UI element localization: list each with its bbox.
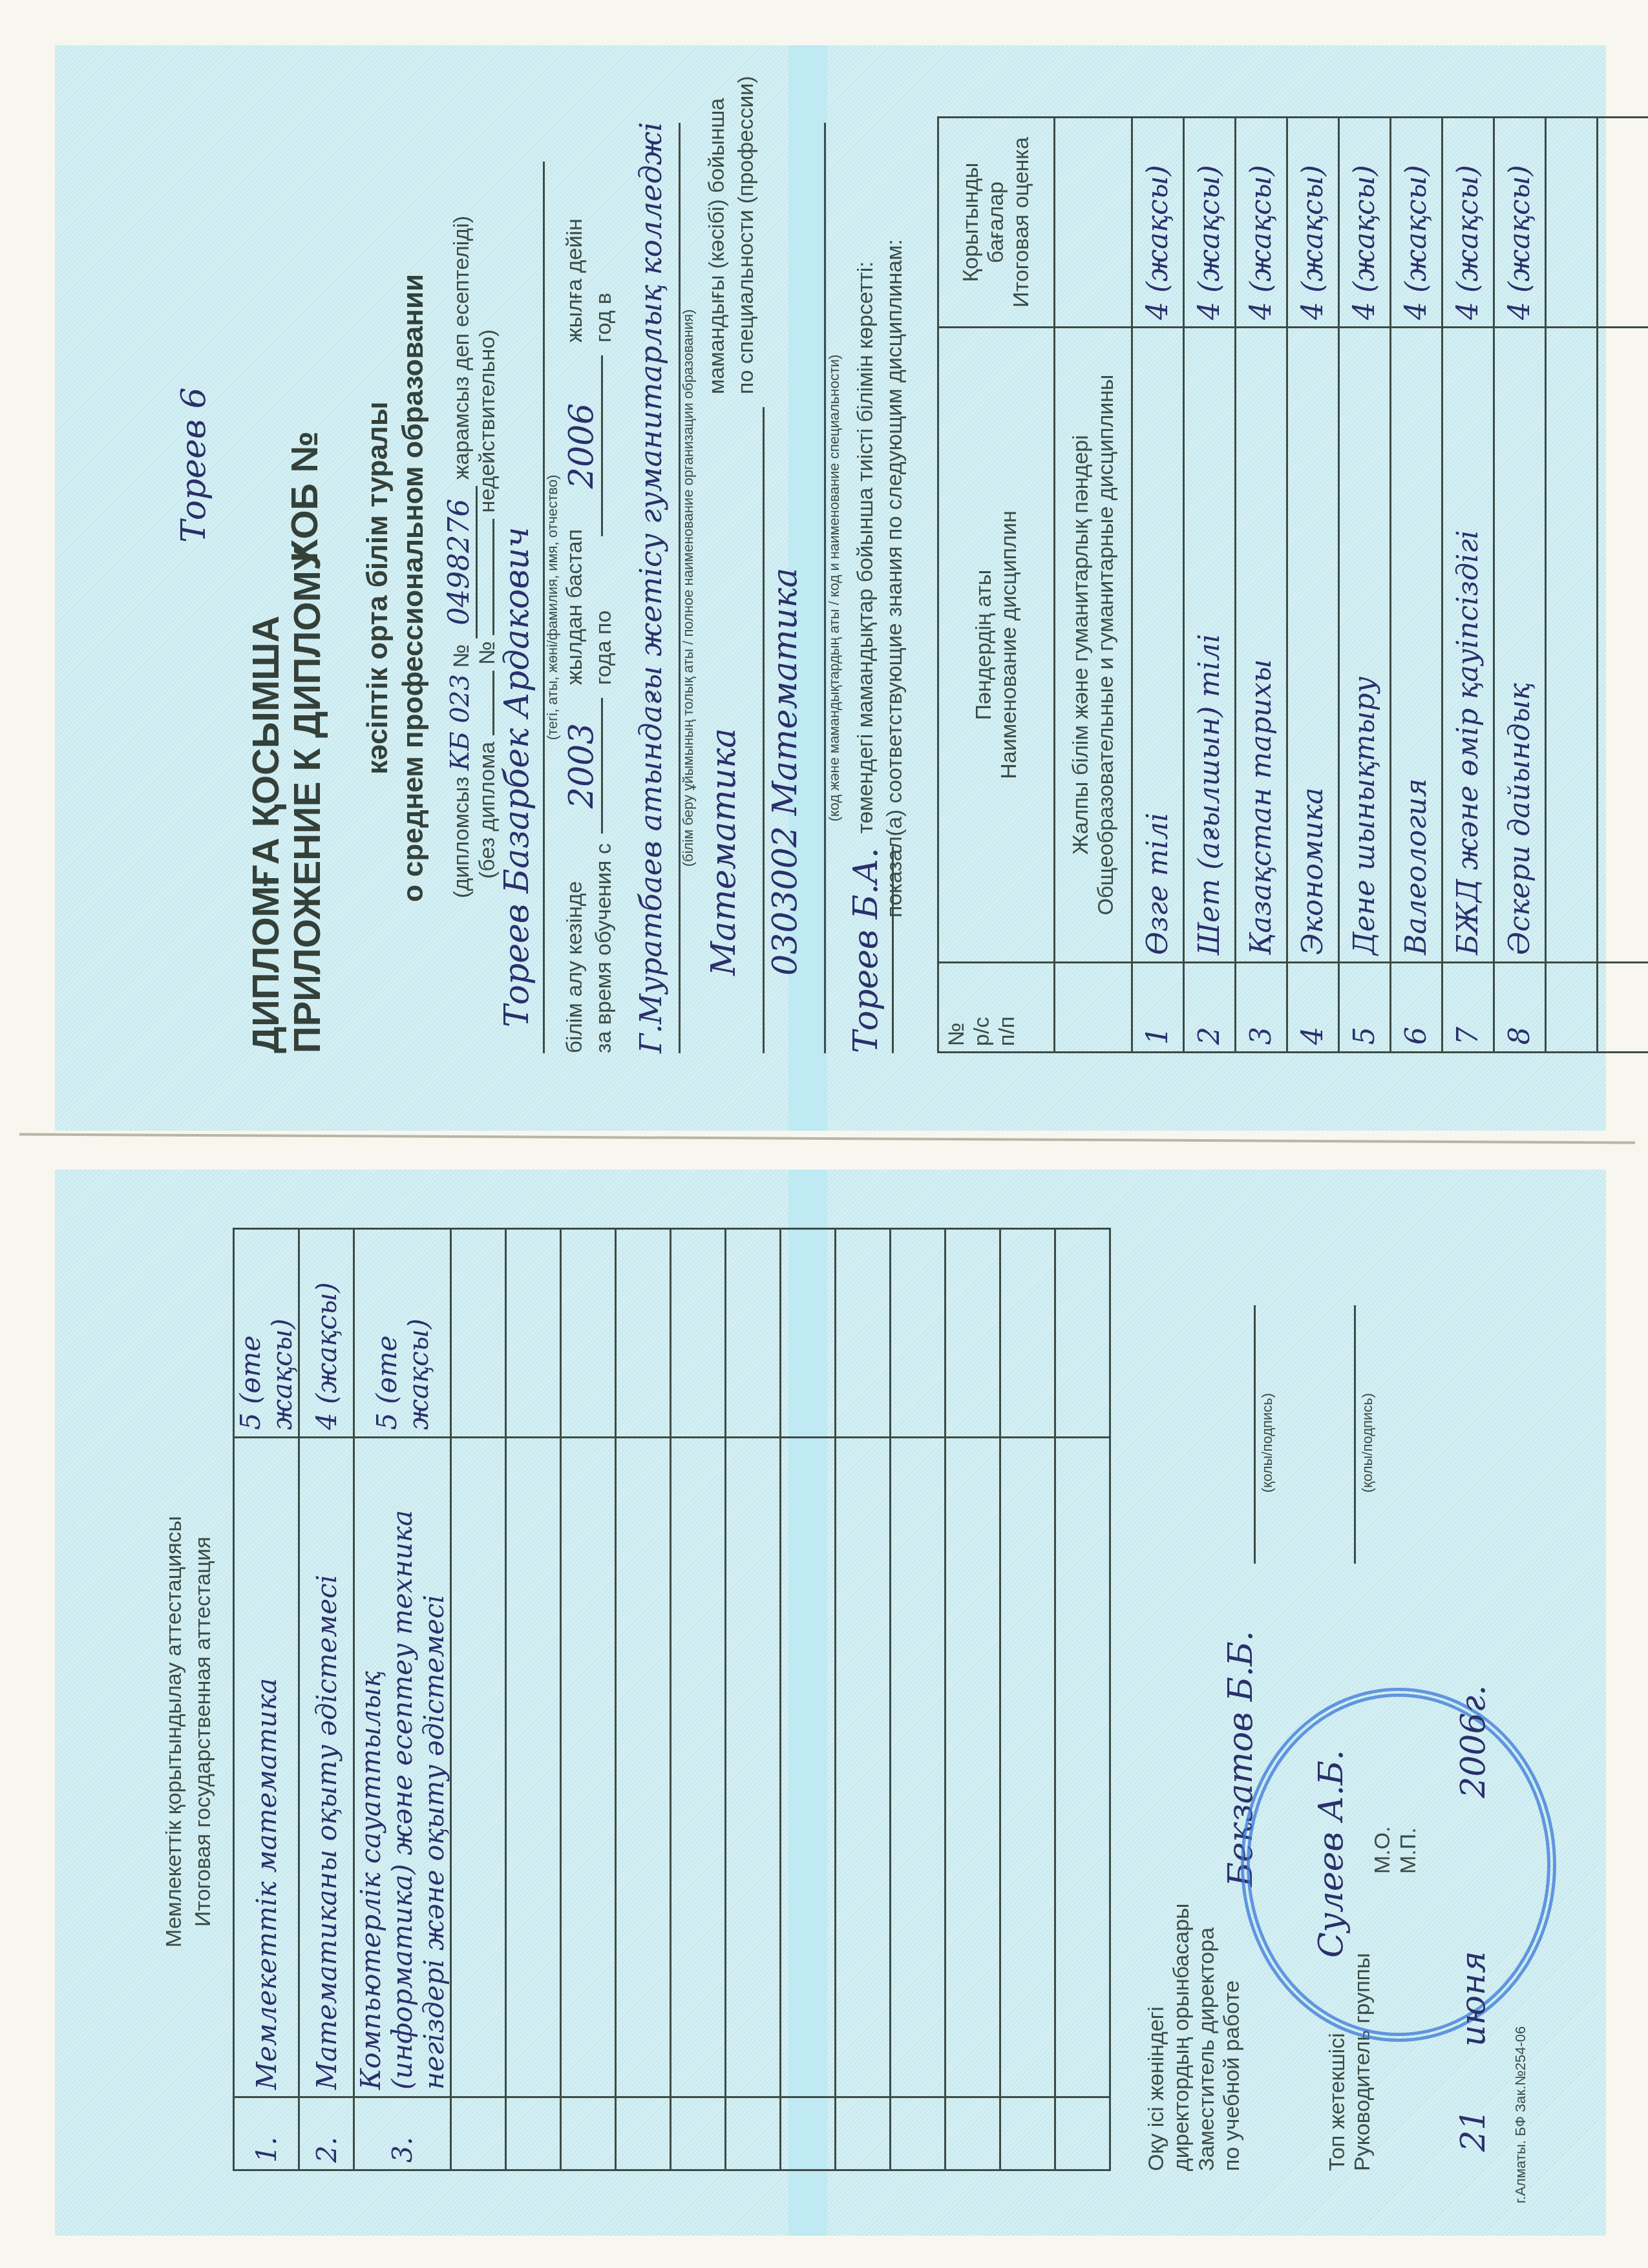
section-kz: Жалпы білім және гуманитарлық пәндері [1068,329,1093,961]
attestation-no [451,2097,506,2170]
attestation-no: 2. [299,2097,354,2170]
discipline-no: 8 [1494,963,1546,1053]
discipline-name [1546,328,1598,963]
kob-number-label: КОБ № [284,431,326,562]
attestation-row: 1.Мемлекеттік математика5 (өте жақсы) [234,1229,299,2170]
number-sign: № [475,641,500,664]
attestation-grade [891,1229,945,1438]
attestation-name [836,1438,891,2097]
shown-kz: төмендегі мамандықтар бойынша тиісті біл… [853,261,878,834]
attestation-name [1000,1438,1055,2097]
diploma-series: КБ 023 [445,674,475,770]
discipline-row: 7БЖД және өмір қауіпсіздігі4 (жақсы) [1442,118,1494,1053]
institution-name: Г.Муратбаев атындағы жетісу гуманитарлық… [633,123,668,1053]
discipline-grade: 4 (жақсы) [1236,118,1287,328]
attestation-grade [781,1229,836,1438]
discipline-grade [1598,118,1648,328]
attestation-no [726,2097,781,2170]
attestation-name [451,1438,506,2097]
attestation-name: Компьютерлік сауаттылық (информатика) жә… [354,1438,451,2097]
from-ru: года по [591,611,617,685]
subtitle-kz: кәсіптік орта білім туралы [362,65,394,1111]
attestation-row [561,1229,616,2170]
col-grade-ru: Итоговая оценка [1009,119,1034,326]
title-kz: ДИПЛОМҒА ҚОСЫМША [246,547,287,1053]
discipline-no [1598,963,1648,1053]
section-spacer [1055,118,1132,328]
attestation-row [726,1229,781,2170]
attestation-name [726,1438,781,2097]
attestation-row: 2.Математиканы оқыту әдістемесі4 (жақсы) [299,1229,354,2170]
col-no-1: № [944,969,969,1046]
specialty-code-caption: (код және мамандықтардың аты / код и наи… [826,123,843,1053]
discipline-name: Шет (ағылшын) тілі [1184,328,1236,963]
discipline-grade: 4 (жақсы) [1339,118,1391,328]
attestation-grade [1055,1229,1110,1438]
attestation-grade [506,1229,561,1438]
discipline-name: Қазақстан тарихы [1236,328,1287,963]
issue-date: 21 июня 2006г. [1454,1685,1493,2152]
attestation-row [945,1229,1000,2170]
specialty-ru: по специальности (профессии) [734,76,759,394]
shown-ru: показал(а) соответствующие знания по сле… [882,239,907,918]
year-to: 2006 [562,355,603,536]
attestation-name: Математиканы оқыту әдістемесі [299,1438,354,2097]
invalid-ru-end: недействительно) [475,330,500,513]
discipline-row: 4Экономика4 (жақсы) [1287,118,1339,1053]
attestation-name [561,1438,616,2097]
attestation-grade [836,1229,891,1438]
attestation-row [836,1229,891,2170]
discipline-grade: 4 (жақсы) [1287,118,1339,328]
attestation-row [616,1229,671,2170]
discipline-name: Дене шынықтыру [1339,328,1391,963]
discipline-row: 2Шет (ағылшын) тілі4 (жақсы) [1184,118,1236,1053]
attestation-row [891,1229,945,2170]
printer-imprint: г.Алматы. БФ Зак.№254-06 [1512,2026,1529,2203]
attestation-no [945,2097,1000,2170]
deputy-signature-caption: (қолы/подпись) [1259,1393,1276,1493]
diploma-supplement-page: Тореев 6 ДИПЛОМҒА ҚОСЫМША ПРИЛОЖЕНИЕ К Д… [84,65,1570,1111]
corner-note: Тореев 6 [174,90,213,543]
discipline-name: БЖД және өмір қауіпсіздігі [1442,328,1494,963]
discipline-grade: 4 (жақсы) [1132,118,1184,328]
diploma-number: 0498276 [443,486,478,638]
col-grade-kz: Қорытынды бағалар [958,119,1009,326]
specialty-code: 0303002 Математика [766,123,805,1053]
to-kz: жылға дейін [562,218,587,342]
col-number-header: № р/с п/п [938,963,1055,1053]
attestation-name [1055,1438,1110,2097]
attestation-row: 3.Компьютерлік сауаттылық (информатика) … [354,1229,451,2170]
attestation-grade [616,1229,671,1438]
discipline-no: 7 [1442,963,1494,1053]
discipline-no: 1 [1132,963,1184,1053]
date-month: июня [1454,1951,1493,2046]
date-day: 21 [1454,2109,1493,2152]
attestation-no [506,2097,561,2170]
col-grade-header: Қорытынды бағалар Итоговая оценка [938,118,1055,328]
discipline-grade: 4 (жақсы) [1442,118,1494,328]
attestation-title-ru: Итоговая государственная аттестация [191,1228,216,2236]
attestation-grade: 5 (өте жақсы) [234,1229,299,1438]
discipline-no [1546,963,1598,1053]
discipline-no: 4 [1287,963,1339,1053]
section-ru: Общеобразовательные и гуманитарные дисци… [1093,329,1119,961]
deputy-kz-1: Оқу ісі жөніндегі [1144,1903,1169,2171]
col-name-header: Пәндердің аты Наименование дисциплин [938,328,1055,963]
attestation-row [451,1229,506,2170]
student-name: Тореев Базарбек Ардакович [498,162,536,1053]
invalid-ru-label: (без диплома [475,742,500,879]
discipline-row [1598,118,1648,1053]
deputy-signature-line [1254,1305,1256,1564]
discipline-name: Әскери дайындық [1494,328,1546,963]
discipline-grade [1546,118,1598,328]
discipline-row: 1Өзге тілі4 (жақсы) [1132,118,1184,1053]
discipline-no: 5 [1339,963,1391,1053]
deputy-ru-1: Заместитель директора [1194,1903,1220,2171]
discipline-no: 6 [1391,963,1442,1053]
attestation-no: 1. [234,2097,299,2170]
col-no-2: р/с [969,969,995,1046]
discipline-no: 2 [1184,963,1236,1053]
discipline-name: Валеология [1391,328,1442,963]
attestation-no [836,2097,891,2170]
section-header: Жалпы білім және гуманитарлық пәндері Об… [1055,328,1132,963]
attestation-row [1055,1229,1110,2170]
attestation-row [781,1229,836,2170]
specialty-kz: мамандығы (кәсібі) бойынша [704,98,730,394]
attestation-name [616,1438,671,2097]
attestation-no [891,2097,945,2170]
discipline-grade: 4 (жақсы) [1184,118,1236,328]
deputy-kz-2: директордың орынбасары [1169,1903,1194,2171]
attestation-no [671,2097,726,2170]
attestation-no [1055,2097,1110,2170]
deputy-ru-2: по учебной работе [1220,1903,1245,2171]
attestation-name [671,1438,726,2097]
subtitle-ru: о среднем профессиональном образовании [397,65,430,1111]
attestation-no [1000,2097,1055,2170]
discipline-name: Экономика [1287,328,1339,963]
col-name-ru: Наименование дисциплин [997,329,1022,961]
stamp-mark-ru: М.П. [1396,1827,1421,1874]
year-from: 2003 [562,698,603,834]
group-signature-line [1354,1305,1356,1564]
specialty-handwritten: Математика [704,407,743,1053]
attestation-no [616,2097,671,2170]
col-no-3: п/п [995,969,1020,1046]
section-spacer [1055,963,1132,1053]
col-name-kz: Пәндердің аты [971,329,997,961]
discipline-row: 8Әскери дайындық4 (жақсы) [1494,118,1546,1053]
attestation-page: Мемлекеттік қорытындылау аттестациясы Ит… [84,1189,1570,2236]
discipline-grade: 4 (жақсы) [1494,118,1546,328]
attestation-name: Мемлекеттік математика [234,1438,299,2097]
discipline-row: 5Дене шынықтыру4 (жақсы) [1339,118,1391,1053]
attestation-grade [726,1229,781,1438]
title-ru: ПРИЛОЖЕНИЕ К ДИПЛОМУ [287,547,328,1053]
discipline-grade: 4 (жақсы) [1391,118,1442,328]
discipline-row [1546,118,1598,1053]
number-sign: № [449,644,474,667]
stamp-mark-kz: М.О. [1370,1826,1395,1874]
group-signature-caption: (қолы/подпись) [1359,1393,1376,1493]
discipline-row: 3Қазақстан тарихы4 (жақсы) [1236,118,1287,1053]
discipline-row: 6Валеология4 (жақсы) [1391,118,1442,1053]
disciplines-table: № р/с п/п Пәндердің аты Наименование дис… [937,116,1648,1053]
attestation-name [891,1438,945,2097]
fold-crease [19,1133,1635,1144]
attestation-row [1000,1229,1055,2170]
invalid-kz-end: жарамсыз деп есептеліді) [449,216,474,479]
attestation-name [945,1438,1000,2097]
from-kz: жылдан бастап [562,529,587,685]
attestation-grade [671,1229,726,1438]
institution-caption: (білім беру ұйымының толық аты / полное … [680,123,697,1053]
attestation-grade [1000,1229,1055,1438]
attestation-no [561,2097,616,2170]
attestation-grade: 4 (жақсы) [299,1229,354,1438]
attestation-name [506,1438,561,2097]
study-kz: білім алу кезінде [562,881,587,1053]
discipline-name [1598,328,1648,963]
shown-student-name: Тореев Б.А. [847,846,885,1053]
attestation-row [671,1229,726,2170]
attestation-row [506,1229,561,2170]
study-ru: за время обучения с [591,843,617,1053]
attestation-no [781,2097,836,2170]
name-caption: (тегі, аты, жөні/фамилия, имя, отчество) [544,162,561,1053]
attestation-grade: 5 (өте жақсы) [354,1229,451,1438]
attestation-table: 1.Мемлекеттік математика5 (өте жақсы)2.М… [233,1228,1111,2171]
deputy-block: Оқу ісі жөніндегі директордың орынбасары… [1144,1903,1245,2171]
attestation-no: 3. [354,2097,451,2170]
to-ru: год в [591,293,617,342]
date-year: 2006г. [1454,1685,1493,1798]
attestation-title-kz: Мемлекеттік қорытындылау аттестациясы [162,1228,187,2236]
invalid-kz-label: (дипломсыз [449,777,474,898]
attestation-grade [451,1229,506,1438]
discipline-name: Өзге тілі [1132,328,1184,963]
discipline-no: 3 [1236,963,1287,1053]
attestation-name [781,1438,836,2097]
attestation-grade [945,1229,1000,1438]
attestation-grade [561,1229,616,1438]
